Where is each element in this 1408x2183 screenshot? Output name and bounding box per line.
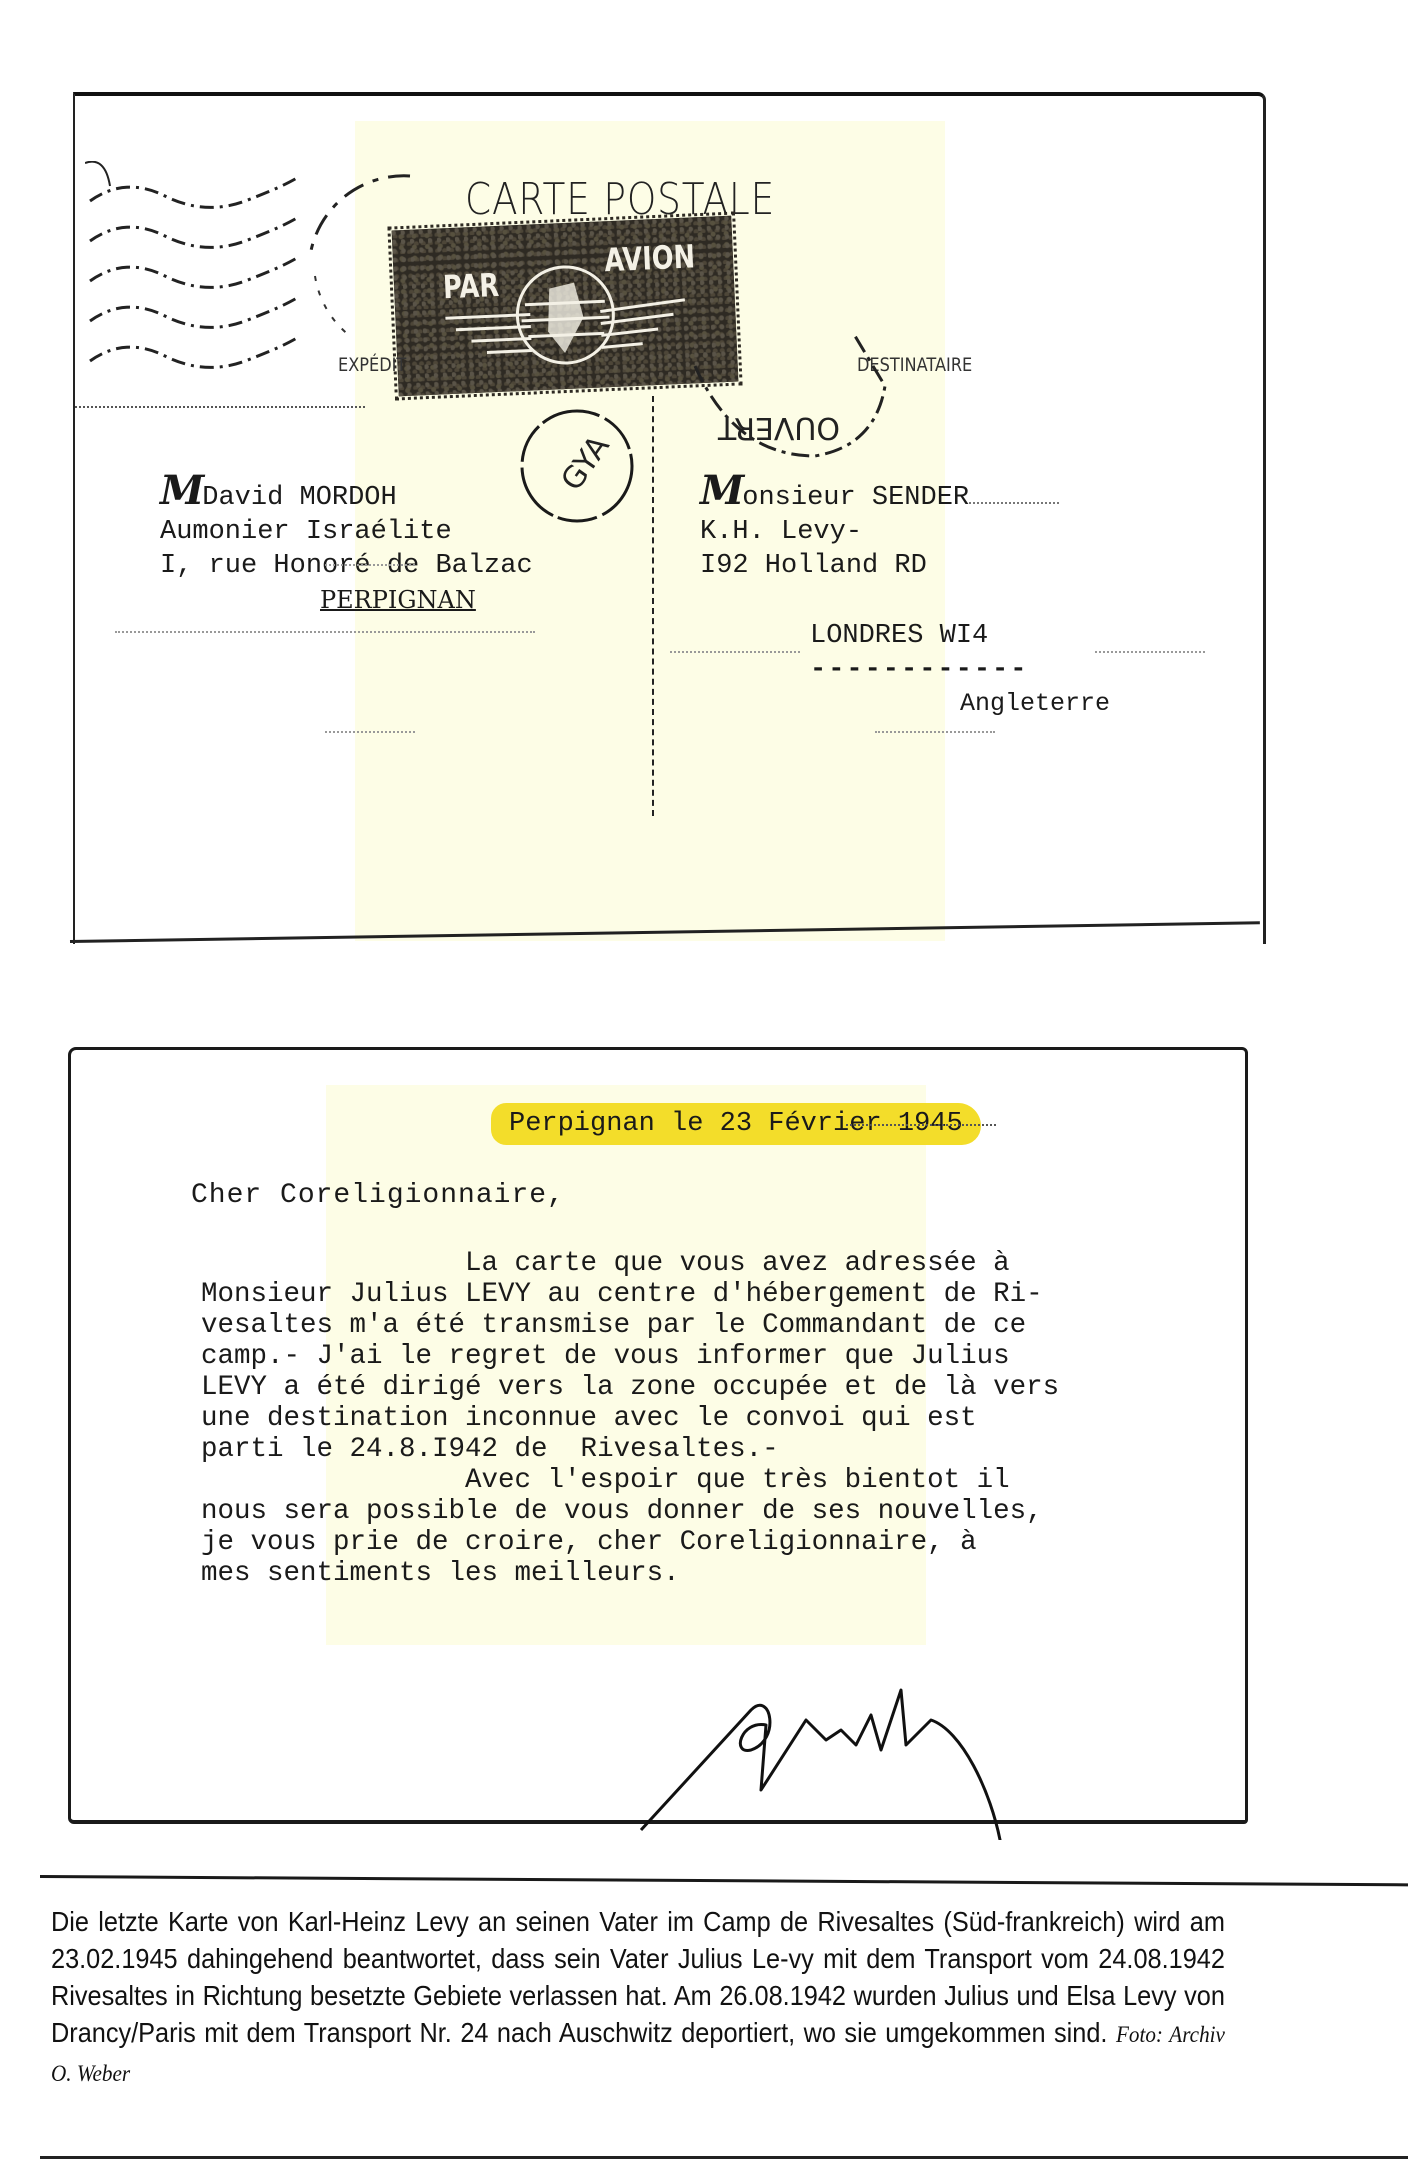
dotted-line (115, 631, 535, 633)
recipient-line2: K.H. Levy- (700, 517, 862, 547)
separator-line (40, 2156, 1408, 2159)
letter-line: LEVY a été dirigé vers la zone occupée e… (201, 1372, 1241, 1403)
sender-label: EXPÉDIT (338, 354, 406, 376)
letter-line: une destination inconnue avec le convoi … (201, 1403, 1241, 1434)
letter-line: je vous prie de croire, cher Coreligionn… (201, 1527, 1241, 1558)
letter-line: nous sera possible de vous donner de ses… (201, 1496, 1241, 1527)
airmail-par: PAR (442, 266, 500, 306)
round-postmark-icon: GYA (515, 391, 655, 541)
recipient-city: LONDRES WI4 (810, 619, 988, 653)
dotted-line (670, 651, 800, 653)
postcard-message-side: Perpignan le 23 Février 1945 Cher Coreli… (68, 1047, 1248, 1824)
letter-line: mes sentiments les meilleurs. (201, 1558, 1241, 1589)
sender-city: PERPIGNAN (320, 583, 476, 617)
letter-line: vesaltes m'a été transmise par le Comman… (201, 1310, 1241, 1341)
sender-title: Aumonier Israélite (160, 517, 452, 547)
letter-body: La carte que vous avez adressée àMonsieu… (201, 1248, 1241, 1589)
letter-line: Monsieur Julius LEVY au centre d'héberge… (201, 1279, 1241, 1310)
postcard-address-side: CARTE POSTALE PAR AVION EXPÉDIT DESTINAT… (73, 92, 1266, 944)
recipient-country: Angleterre (960, 687, 1110, 721)
letter-line: Avec l'espoir que très bientot il (201, 1465, 1241, 1496)
signature-icon (631, 1670, 1051, 1840)
svg-text:OUVERT: OUVERT (717, 410, 840, 445)
dotted-line (325, 564, 415, 566)
letter-line: parti le 24.8.I942 de Rivesaltes.- (201, 1434, 1241, 1465)
recipient-dashes: ------------ (810, 653, 1028, 687)
sender-name: David MORDOH (202, 483, 396, 513)
censor-postmark-icon: OUVERT (675, 326, 925, 486)
dotted-fill (969, 498, 1059, 504)
airmail-avion: AVION (604, 237, 696, 279)
dotted-line (875, 731, 995, 733)
dotted-line (1095, 651, 1205, 653)
letter-line: camp.- J'ai le regret de vous informer q… (201, 1341, 1241, 1372)
salutation: Cher Coreligionnaire, (191, 1180, 565, 1211)
address-divider (652, 396, 654, 816)
dotted-line (325, 731, 415, 733)
svg-text:GYA: GYA (555, 429, 617, 497)
sender-street: I, rue Honoré de Balzac (160, 551, 533, 581)
caption: Die letzte Karte von Karl-Heinz Levy an … (51, 1903, 1225, 2092)
recipient-name: onsieur SENDER (742, 483, 969, 513)
dotted-line (846, 1124, 996, 1126)
recipient-street: I92 Holland RD (700, 551, 927, 581)
wave-cancellation-icon (85, 161, 305, 391)
letter-line: La carte que vous avez adressée à (201, 1248, 1241, 1279)
dotted-line (75, 406, 365, 408)
script-m-glyph: M (160, 467, 196, 514)
script-m-glyph: M (700, 467, 736, 514)
sender-address: MDavid MORDOH Aumonier Israélite I, rue … (160, 474, 533, 619)
separator-line (40, 1875, 1408, 1886)
caption-text: Die letzte Karte von Karl-Heinz Levy an … (51, 1906, 1225, 2048)
recipient-address: Monsieur SENDER K.H. Levy- I92 Holland R… (700, 474, 1110, 721)
